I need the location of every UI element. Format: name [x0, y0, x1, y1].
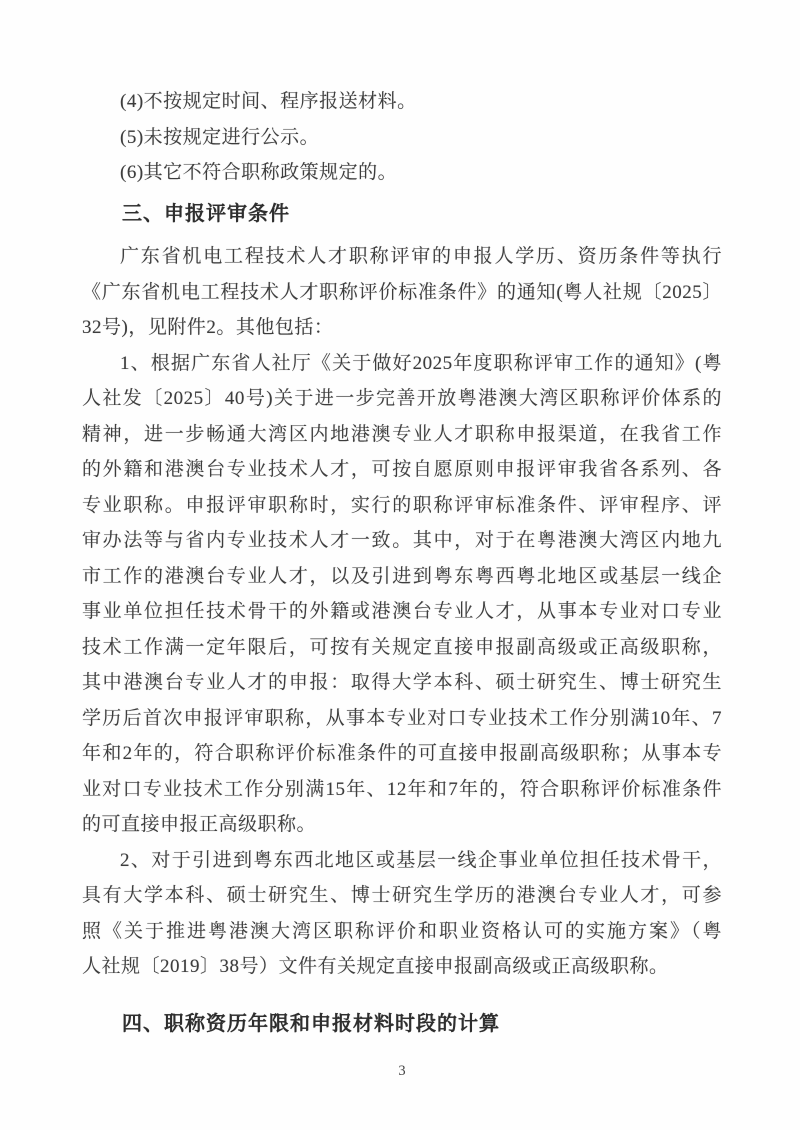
body-line: 照《关于推进粤港澳大湾区职称评价和职业资格认可的实施方案》（粤 [82, 914, 722, 950]
page-number: 3 [82, 1062, 722, 1080]
body-line: 《广东省机电工程技术人才职称评价标准条件》的通知(粤人社规〔2025〕 [82, 275, 722, 311]
body-line: 具有大学本科、硕士研究生、博士研究生学历的港澳台专业人才，可参 [82, 878, 722, 914]
body-line: 2、对于引进到粤东西北地区或基层一线企事业单位担任技术骨干， [82, 843, 722, 879]
body-line: 1、根据广东省人社厅《关于做好2025年度职称评审工作的通知》(粤 [82, 346, 722, 382]
intro-paragraph: 广东省机电工程技术人才职称评审的申报人学历、资历条件等执行 《广东省机电工程技术… [82, 239, 722, 346]
body-line: 的外籍和港澳台专业技术人才，可按自愿原则申报评审我省各系列、各 [82, 452, 722, 488]
item2-paragraph: 2、对于引进到粤东西北地区或基层一线企事业单位担任技术骨干， 具有大学本科、硕士… [82, 843, 722, 985]
body-line: 技术工作满一定年限后，可按有关规定直接申报副高级或正高级职称， [82, 630, 722, 666]
body-line: 人社规〔2019〕38号）文件有关规定直接申报副高级或正高级职称。 [82, 949, 722, 985]
body-line: 广东省机电工程技术人才职称评审的申报人学历、资历条件等执行 [82, 239, 722, 275]
body-line: 市工作的港澳台专业人才，以及引进到粤东粤西粤北地区或基层一线企 [82, 559, 722, 595]
document-page: (4)不按规定时间、程序报送材料。 (5)未按规定进行公示。 (6)其它不符合职… [0, 0, 800, 1130]
violation-item: (6)其它不符合职称政策规定的。 [82, 155, 722, 191]
body-line: 精神，进一步畅通大湾区内地港澳专业人才职称申报渠道，在我省工作 [82, 417, 722, 453]
section-heading-3: 三、申报评审条件 [82, 197, 722, 233]
body-line: 年和2年的，符合职称评价标准条件的可直接申报副高级职称；从事本专 [82, 736, 722, 772]
body-line: 事业单位担任技术骨干的外籍或港澳台专业人才，从事本专业对口专业 [82, 594, 722, 630]
body-line: 审办法等与省内专业技术人才一致。其中，对于在粤港澳大湾区内地九 [82, 523, 722, 559]
section-heading-4: 四、职称资历年限和申报材料时段的计算 [82, 1007, 722, 1043]
item1-paragraph: 1、根据广东省人社厅《关于做好2025年度职称评审工作的通知》(粤 人社发〔20… [82, 346, 722, 843]
body-line: 32号)，见附件2。其他包括： [82, 310, 722, 346]
body-line: 人社发〔2025〕40号)关于进一步完善开放粤港澳大湾区职称评价体系的 [82, 381, 722, 417]
document-body: (4)不按规定时间、程序报送材料。 (5)未按规定进行公示。 (6)其它不符合职… [82, 0, 722, 1080]
body-line: 的可直接申报正高级职称。 [82, 807, 722, 843]
violation-item: (4)不按规定时间、程序报送材料。 [82, 84, 722, 120]
body-line: 学历后首次申报评审职称，从事本专业对口专业技术工作分别满10年、7 [82, 701, 722, 737]
body-line: 业对口专业技术工作分别满15年、12年和7年的，符合职称评价标准条件 [82, 772, 722, 808]
body-line: 专业职称。申报评审职称时，实行的职称评审标准条件、评审程序、评 [82, 488, 722, 524]
body-line: 其中港澳台专业人才的申报：取得大学本科、硕士研究生、博士研究生 [82, 665, 722, 701]
violation-item: (5)未按规定进行公示。 [82, 120, 722, 156]
